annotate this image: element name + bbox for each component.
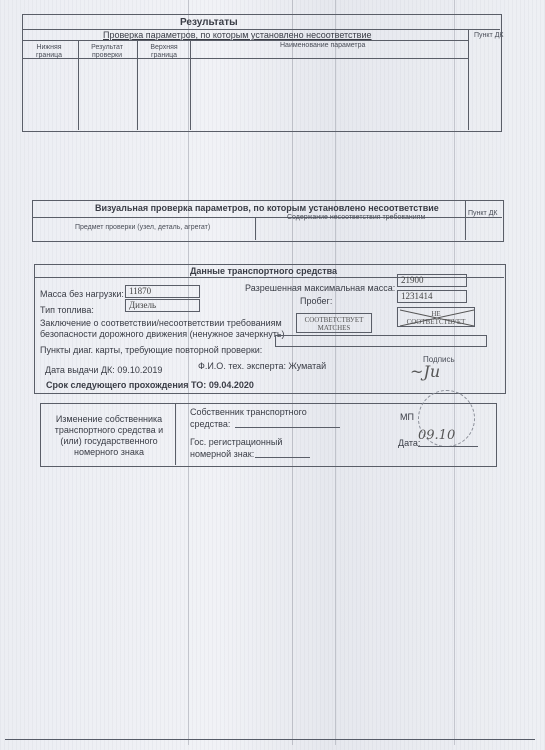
expert-label: Ф.И.О. тех. эксперта: (198, 361, 286, 371)
mileage-field[interactable]: 1231414 (397, 290, 467, 303)
col-lower-bound: Нижняя граница (34, 44, 64, 60)
owner-field[interactable] (235, 427, 340, 428)
issue-date-label: Дата выдачи ДК: 09.10.2019 (45, 365, 162, 375)
col-dk-item: Пункт ДК (474, 32, 504, 39)
owner-change-title-line1: Изменение собственника (45, 414, 173, 425)
divider (465, 200, 466, 240)
divider (78, 40, 79, 130)
date-field[interactable] (418, 446, 478, 447)
page-bottom-border (5, 739, 535, 740)
divider (137, 40, 138, 130)
next-inspection-label: Срок следующего прохождения ТО: (46, 380, 206, 390)
col-check-result: Результат проверки (82, 44, 132, 60)
col-upper-bound: Верхняя граница (142, 44, 186, 60)
owner-change-title-line4: номерного знака (45, 447, 173, 458)
matches-stamp-line2: MATCHES (297, 324, 371, 332)
scanned-page: Результаты Проверка параметров, по котор… (0, 0, 545, 750)
issue-date-label-text: Дата выдачи ДК: (45, 365, 115, 375)
visual-check-title: Визуальная проверка параметров, по котор… (95, 203, 439, 213)
recheck-field[interactable] (275, 335, 487, 347)
expert-name: Ф.И.О. тех. эксперта: Жуматай (198, 361, 326, 371)
owner-label-line2: средства: (190, 419, 230, 429)
unladen-mass-field[interactable]: 11870 (125, 285, 200, 298)
fuel-type-field[interactable]: Дизель (125, 299, 200, 312)
col-dk-item: Пункт ДК (468, 210, 498, 217)
owner-change-title-line2: транспортного средства и (45, 425, 173, 436)
not-matches-stamp-crossed[interactable]: НЕ СООТВЕТСТВУЕТ (397, 307, 475, 327)
recheck-label: Пункты диаг. карты, требующие повторной … (40, 345, 262, 355)
divider (255, 217, 256, 240)
cross-out-icon (398, 308, 475, 327)
col-content: Содержание несоответствия требованиям (287, 214, 425, 221)
next-inspection-value: 09.04.2020 (209, 380, 254, 390)
fuel-type-label: Тип топлива: (40, 305, 94, 315)
unladen-mass-label: Масса без нагрузки: (40, 289, 124, 299)
divider (468, 29, 469, 130)
col-parameter-name: Наименование параметра (280, 42, 365, 49)
matches-stamp[interactable]: СООТВЕТСТВУЕТ MATCHES (296, 313, 372, 333)
max-mass-field[interactable]: 21900 (397, 274, 467, 287)
results-subtitle: Проверка параметров, по которым установл… (103, 30, 372, 40)
col-subject: Предмет проверки (узел, деталь, агрегат) (75, 224, 210, 231)
divider (22, 40, 468, 41)
plate-label-line1: Гос. регистрационный (190, 437, 282, 447)
owner-change-title-line3: (или) государственного (45, 436, 173, 447)
plate-field[interactable] (255, 457, 310, 458)
signature-scribble: ~Ju (410, 362, 440, 381)
max-mass-label: Разрешенная максимальная масса: (245, 283, 395, 293)
seal-label: МП (400, 412, 414, 422)
divider (175, 403, 176, 465)
results-title: Результаты (180, 17, 238, 28)
divider (190, 40, 191, 130)
issue-date-value: 09.10.2019 (117, 365, 162, 375)
conclusion-label-line1: Заключение о соответствии/несоответствии… (40, 318, 282, 328)
plate-label-line2: номерной знак: (190, 449, 254, 459)
vehicle-data-title: Данные транспортного средства (190, 266, 337, 276)
date-value: 09.10 (418, 428, 455, 443)
mileage-label: Пробег: (300, 296, 332, 306)
owner-change-title: Изменение собственника транспортного сре… (45, 414, 173, 458)
expert-value: Жуматай (289, 361, 327, 371)
owner-label-line1: Собственник транспортного (190, 407, 307, 417)
next-inspection: Срок следующего прохождения ТО: 09.04.20… (46, 380, 254, 390)
conclusion-label-line2: безопасности дорожного движения (ненужно… (40, 329, 285, 339)
divider (32, 217, 502, 218)
matches-stamp-line1: СООТВЕТСТВУЕТ (297, 316, 371, 324)
